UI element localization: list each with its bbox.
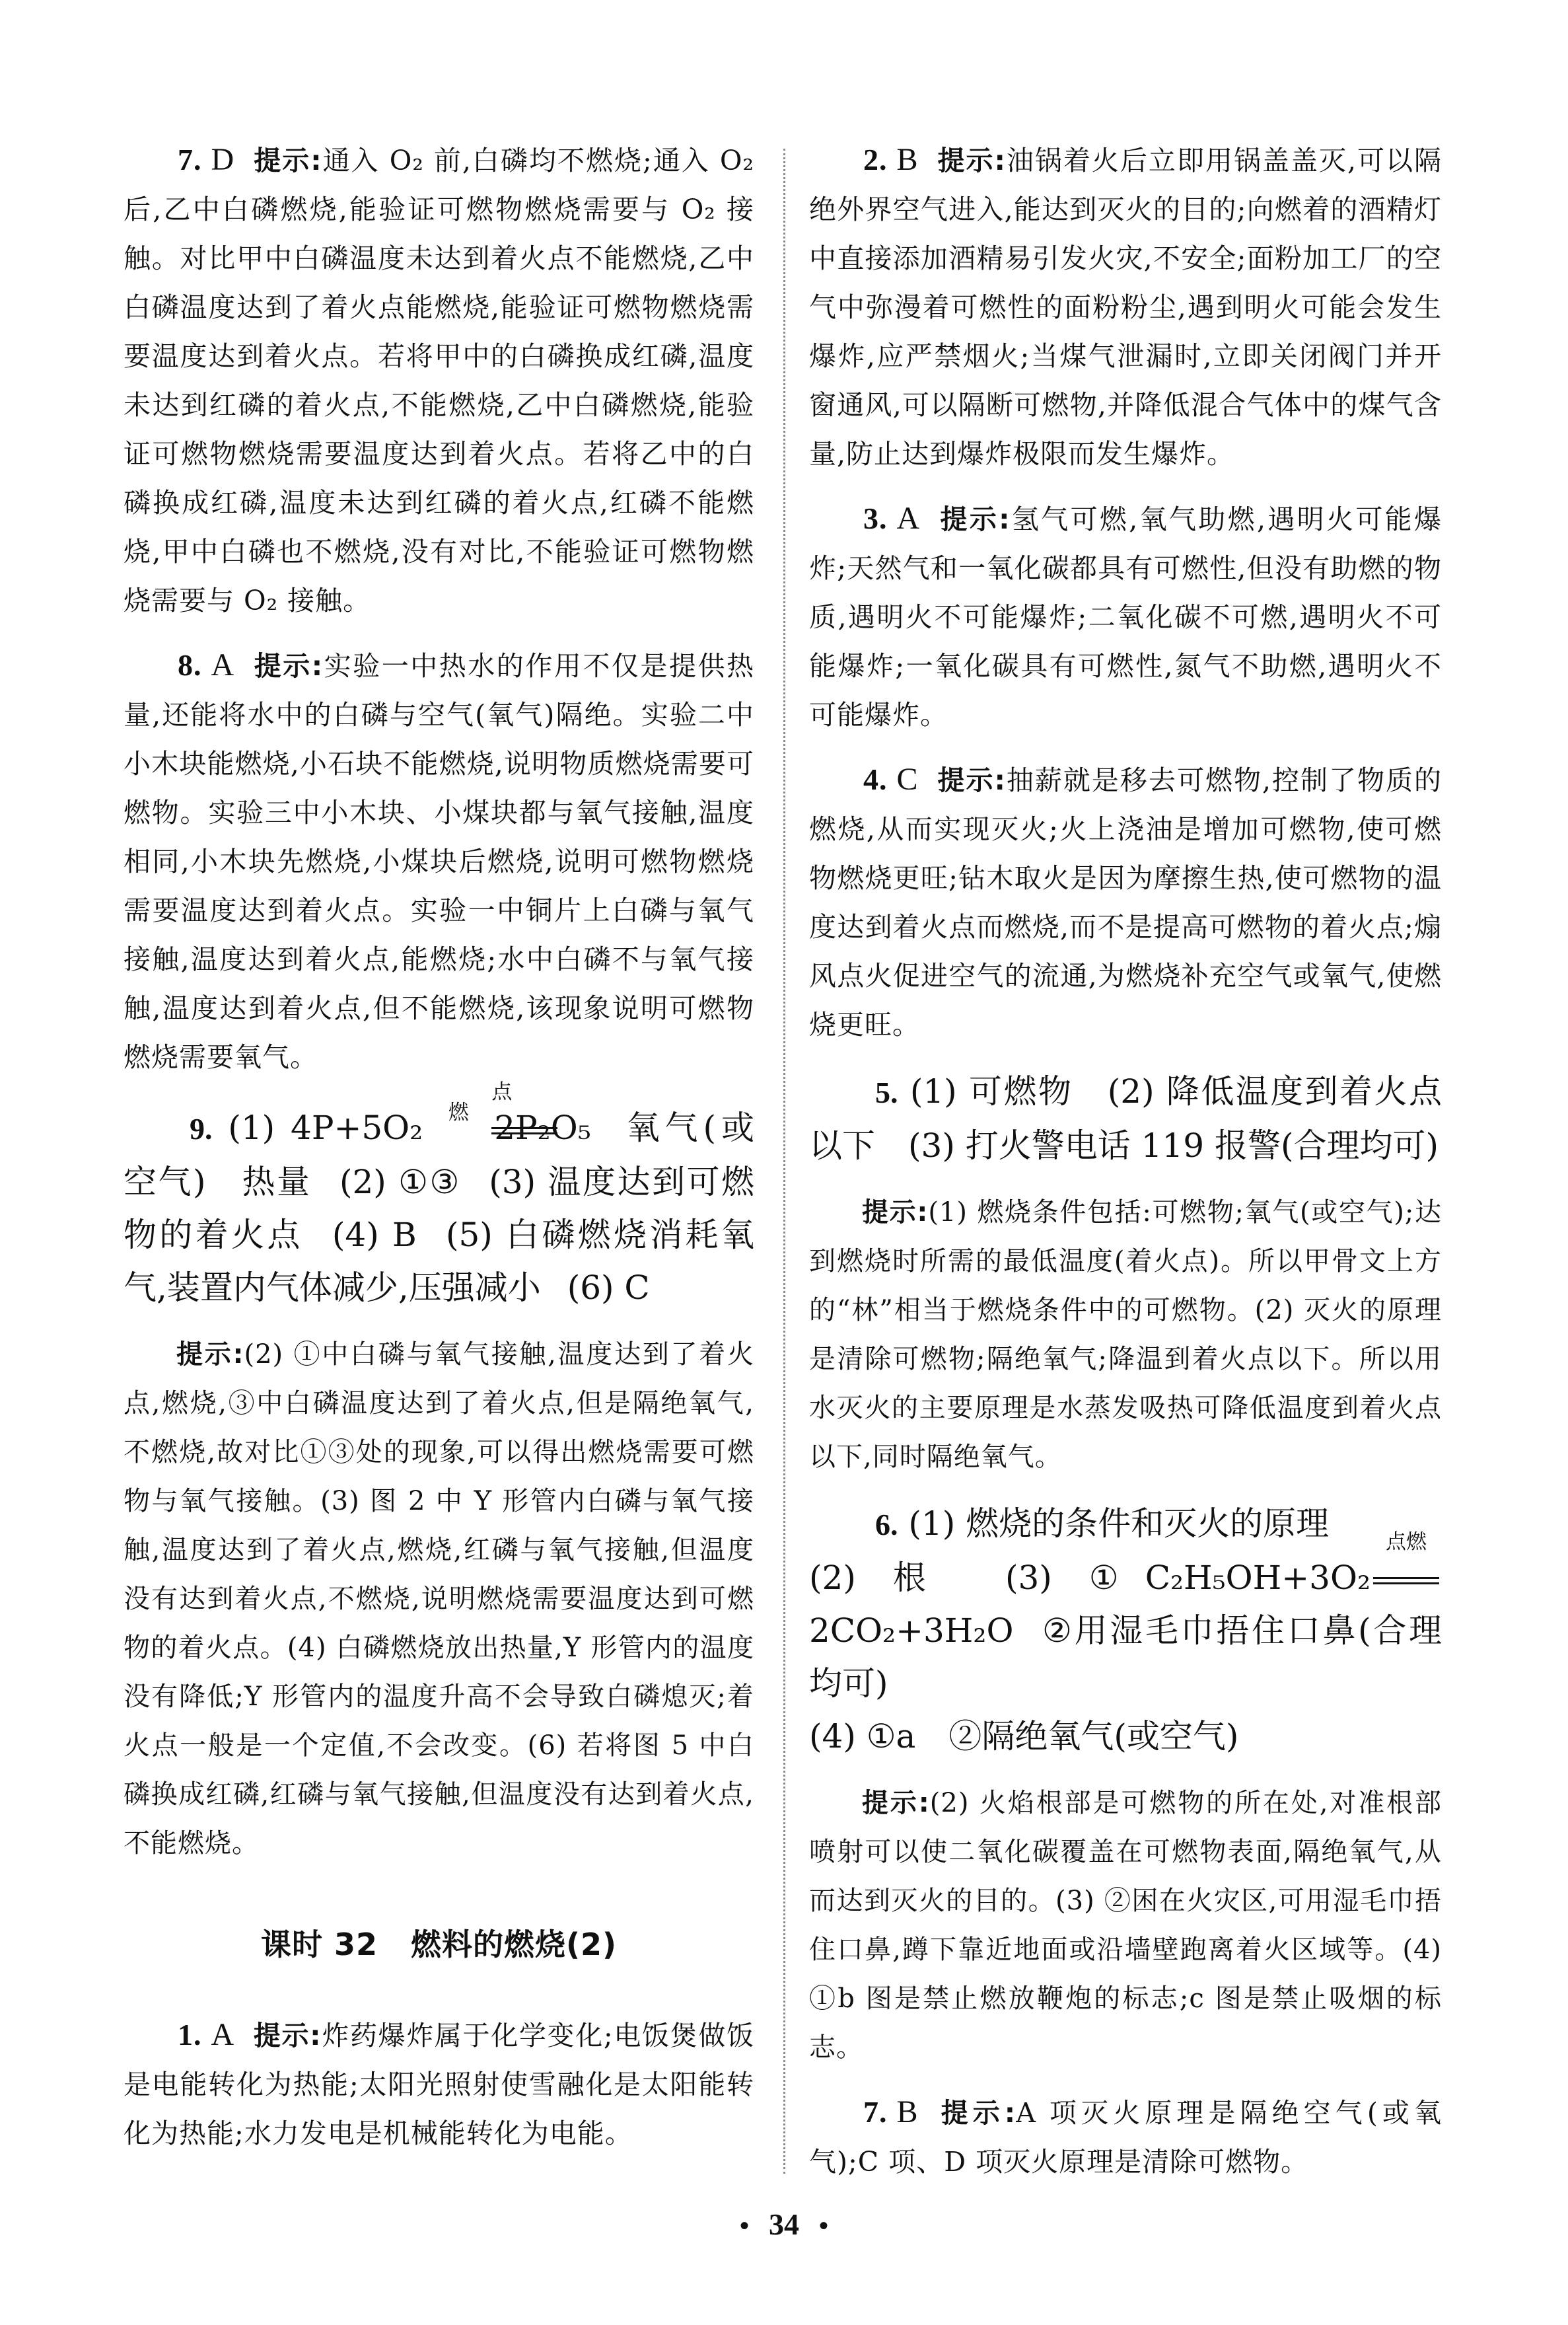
answer-item-3: 3.A提示:氢气可燃,氧气助燃,遇明火可能爆炸;天然气和一氧化碳都具有可燃性,但… xyxy=(809,494,1442,739)
hint-label: 提示: xyxy=(253,2020,321,2051)
answer-choice: B xyxy=(897,2094,919,2129)
reaction-arrow: 点燃 xyxy=(425,1101,491,1154)
question-number: 9. xyxy=(190,1112,213,1146)
answer-choice: B xyxy=(897,142,919,177)
equation-reactants: C₂H₅OH+3O₂ xyxy=(1145,1559,1371,1597)
reaction-condition: 点燃 xyxy=(1373,1532,1439,1553)
hint-label: 提示: xyxy=(937,764,1006,796)
question-number: 4. xyxy=(863,762,888,796)
answer-item-9: 9. (1) 4P+5O₂点燃2P₂O₅ 氧气(或空气) 热量 (2) ①③ (… xyxy=(124,1101,754,1314)
part3-label: (3) ① xyxy=(1005,1559,1145,1597)
left-column: 7.D提示:通入 O₂ 前,白磷均不燃烧;通入 O₂ 后,乙中白磷燃烧,能验证可… xyxy=(124,135,754,2174)
question-number: 6. xyxy=(875,1508,898,1541)
hint-text: 实验一中热水的作用不仅是提供热量,还能将水中的白磷与空气(氧气)隔绝。实验二中小… xyxy=(124,650,754,1073)
hint-text: (2) 火焰根部是可燃物的所在处,对准根部喷射可以使二氧化碳覆盖在可燃物表面,隔… xyxy=(809,1788,1442,2063)
hint-paragraph-6: 提示:(2) 火焰根部是可燃物的所在处,对准根部喷射可以使二氧化碳覆盖在可燃物表… xyxy=(809,1779,1442,2072)
reaction-arrow: 点燃 xyxy=(1373,1551,1439,1604)
page-number: •34• xyxy=(0,2207,1568,2242)
question-number: 3. xyxy=(863,501,888,535)
lesson-label: 课时 32 xyxy=(261,1927,378,1962)
answer-item-4: 4.C提示:抽薪就是移去可燃物,控制了物质的燃烧,从而实现灭火;火上浇油是增加可… xyxy=(809,755,1442,1049)
answer-item-2: 2.B提示:油锅着火后立即用锅盖盖灭,可以隔绝外界空气进入,能达到灭火的目的;向… xyxy=(809,135,1442,478)
hint-text: (1) 燃烧条件包括:可燃物;氧气(或空气);达到燃烧时所需的最低温度(着火点)… xyxy=(809,1197,1442,1472)
hint-label: 提示: xyxy=(937,2097,1016,2129)
answer-item-8: 8.A提示:实验一中热水的作用不仅是提供热量,还能将水中的白磷与空气(氧气)隔绝… xyxy=(124,641,754,1082)
answer-key-page: 7.D提示:通入 O₂ 前,白磷均不燃烧;通入 O₂ 后,乙中白磷燃烧,能验证可… xyxy=(0,0,1568,2325)
answer-item-5: 5. (1) 可燃物 (2) 降低温度到着火点以下 (3) 打火警电话 119 … xyxy=(809,1065,1442,1172)
bullet-icon: • xyxy=(819,2211,828,2240)
answer-item-6-cont: (2) 根 (3) ①C₂H₅OH+3O₂点燃2CO₂+3H₂O ②用湿毛巾捂住… xyxy=(809,1551,1442,1763)
answer-item-1: 1.A提示:炸药爆炸属于化学变化;电饭煲做饭是电能转化为热能;太阳光照射使雪融化… xyxy=(124,2011,754,2158)
section-heading: 课时 32燃料的燃烧(2) xyxy=(124,1921,754,1964)
question-number: 7. xyxy=(178,143,202,176)
answer-choice: C xyxy=(897,762,919,797)
hint-text: (2) ①中白磷与氧气接触,温度达到了着火点,燃烧,③中白磷温度达到了着火点,但… xyxy=(124,1339,754,1859)
reaction-condition: 点燃 xyxy=(425,1082,491,1123)
part4: (4) ①a ②隔绝氧气(或空气) xyxy=(809,1717,1238,1755)
hint-label: 提示: xyxy=(937,145,1006,176)
hint-label: 提示: xyxy=(862,1197,928,1228)
bullet-icon: • xyxy=(740,2211,749,2240)
answer-choice: A xyxy=(211,647,235,683)
question-number: 2. xyxy=(863,143,888,176)
question-number: 8. xyxy=(178,648,202,682)
part4: (4) B xyxy=(332,1216,417,1254)
hint-text: 抽薪就是移去可燃物,控制了物质的燃烧,从而实现灭火;火上浇油是增加可燃物,使可燃… xyxy=(809,764,1442,1041)
hint-label: 提示: xyxy=(939,503,1010,535)
part-label: (1) xyxy=(228,1109,275,1147)
answer-item-7b: 7.B提示:A 项灭火原理是隔绝空气(或氧气);C 项、D 项灭火原理是清除可燃… xyxy=(809,2088,1442,2186)
hint-label: 提示: xyxy=(253,145,322,176)
part6: (6) C xyxy=(567,1269,650,1307)
question-number: 7. xyxy=(863,2095,888,2129)
hint-text: 油锅着火后立即用锅盖盖灭,可以隔绝外界空气进入,能达到灭火的目的;向燃着的酒精灯… xyxy=(809,145,1442,470)
lesson-title: 燃料的燃烧(2) xyxy=(411,1927,617,1962)
double-line-icon xyxy=(491,1127,557,1134)
page-number-value: 34 xyxy=(769,2207,799,2241)
double-line-icon xyxy=(1373,1577,1439,1584)
answer-choice: A xyxy=(211,2017,235,2052)
part2: (2) 根 xyxy=(809,1559,952,1597)
answer-item-7: 7.D提示:通入 O₂ 前,白磷均不燃烧;通入 O₂ 后,乙中白磷燃烧,能验证可… xyxy=(124,135,754,625)
hint-paragraph-9: 提示:(2) ①中白磷与氧气接触,温度达到了着火点,燃烧,③中白磷温度达到了着火… xyxy=(124,1330,754,1868)
question-number: 5. xyxy=(875,1076,898,1109)
question-number: 1. xyxy=(178,2018,202,2051)
answer-choice: D xyxy=(211,142,235,177)
hint-text: 通入 O₂ 前,白磷均不燃烧;通入 O₂ 后,乙中白磷燃烧,能验证可燃物燃烧需要… xyxy=(124,145,754,616)
hint-paragraph-5: 提示:(1) 燃烧条件包括:可燃物;氧气(或空气);达到燃烧时所需的最低温度(着… xyxy=(809,1188,1442,1481)
hint-text: 氢气可燃,氧气助燃,遇明火可能爆炸;天然气和一氧化碳都具有可燃性,但没有助燃的物… xyxy=(809,503,1442,731)
answer-item-6: 6. (1) 燃烧的条件和灭火的原理 xyxy=(809,1497,1442,1551)
equation-reactants: 4P+5O₂ xyxy=(291,1109,423,1147)
right-column: 2.B提示:油锅着火后立即用锅盖盖灭,可以隔绝外界空气进入,能达到灭火的目的;向… xyxy=(809,135,1442,2202)
column-divider xyxy=(783,149,785,2174)
part1: (1) 燃烧的条件和灭火的原理 xyxy=(908,1504,1329,1543)
answer-choice: A xyxy=(897,501,921,536)
answer-text: (1) 可燃物 (2) 降低温度到着火点以下 (3) 打火警电话 119 报警(… xyxy=(809,1072,1442,1165)
hint-label: 提示: xyxy=(862,1788,930,1818)
part2: (2) ①③ xyxy=(339,1163,461,1201)
hint-label: 提示: xyxy=(176,1339,244,1370)
equation-products: 2CO₂+3H₂O xyxy=(809,1611,1013,1650)
hint-label: 提示: xyxy=(253,650,323,682)
